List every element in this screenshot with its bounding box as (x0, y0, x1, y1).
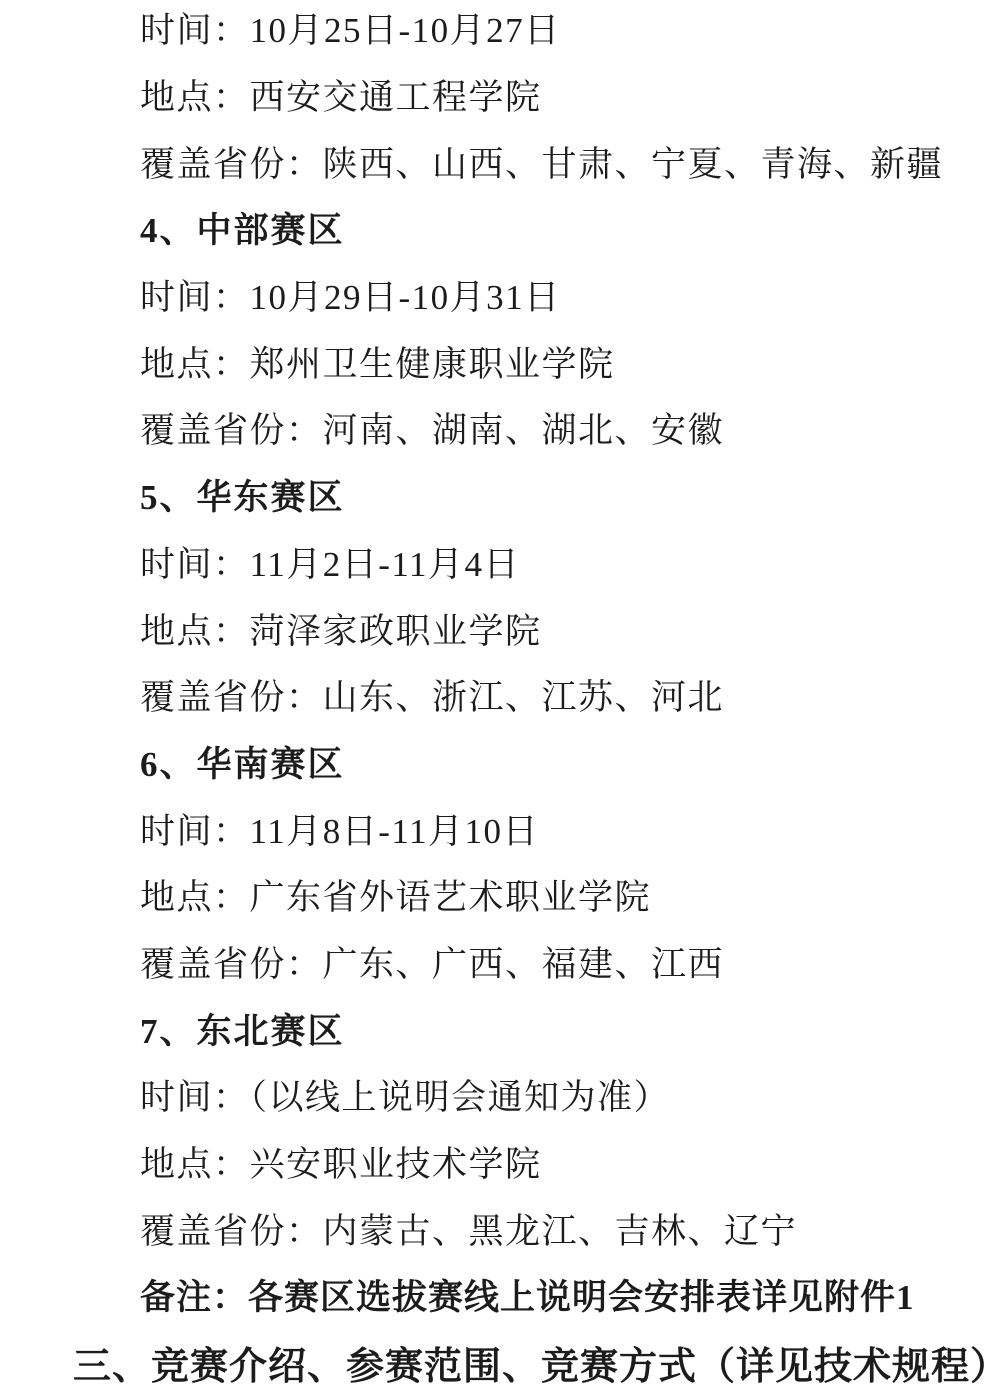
section-three-heading: 三、竞赛介绍、参赛范围、竞赛方式（详见技术规程） (0, 1329, 1004, 1396)
document-body: 时间：10月25日-10月27日 地点：西安交通工程学院 覆盖省份：陕西、山西、… (0, 0, 1004, 1395)
zone-time-line: 时间：10月25日-10月27日 (0, 0, 1004, 62)
zone-location-line: 地点：菏泽家政职业学院 (0, 595, 1004, 662)
zone-provinces-line: 覆盖省份：河南、湖南、湖北、安徽 (0, 395, 1004, 462)
zone-provinces-line: 覆盖省份：山东、浙江、江苏、河北 (0, 662, 1004, 729)
zone-time-line: 时间：10月29日-10月31日 (0, 262, 1004, 329)
zone-time-line: 时间：（以线上说明会通知为准） (0, 1062, 1004, 1129)
zone-location-line: 地点：广东省外语艺术职业学院 (0, 862, 1004, 929)
note-line: 备注：各赛区选拔赛线上说明会安排表详见附件1 (0, 1262, 1004, 1329)
zone-location-line: 地点：郑州卫生健康职业学院 (0, 328, 1004, 395)
zone-heading: 6、华南赛区 (0, 729, 1004, 796)
zone-provinces-line: 覆盖省份：广东、广西、福建、江西 (0, 929, 1004, 996)
zone-location-line: 地点：西安交通工程学院 (0, 62, 1004, 129)
zone-time-line: 时间：11月8日-11月10日 (0, 795, 1004, 862)
zone-provinces-line: 覆盖省份：内蒙古、黑龙江、吉林、辽宁 (0, 1195, 1004, 1262)
zone-heading: 4、中部赛区 (0, 195, 1004, 262)
zone-location-line: 地点：兴安职业技术学院 (0, 1129, 1004, 1196)
zone-provinces-line: 覆盖省份：陕西、山西、甘肃、宁夏、青海、新疆 (0, 128, 1004, 195)
zone-time-line: 时间：11月2日-11月4日 (0, 529, 1004, 596)
zone-heading: 7、东北赛区 (0, 995, 1004, 1062)
zone-heading: 5、华东赛区 (0, 462, 1004, 529)
document-page: 时间：10月25日-10月27日 地点：西安交通工程学院 覆盖省份：陕西、山西、… (0, 0, 1004, 1400)
